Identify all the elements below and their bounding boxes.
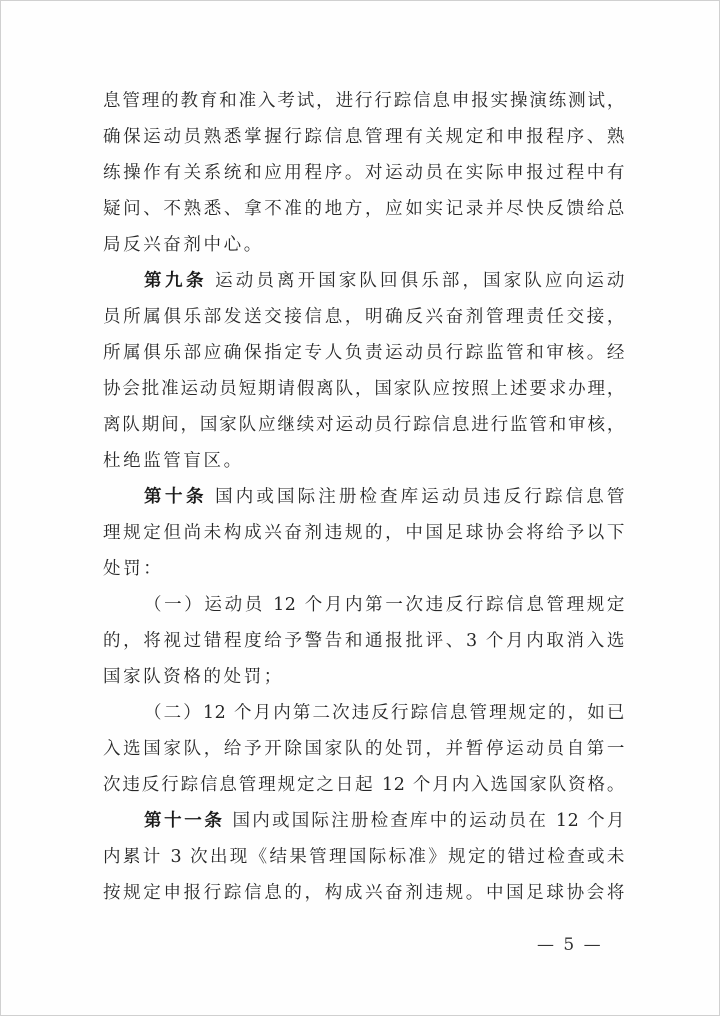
article-9-label: 第九条 [144,271,207,291]
text-line: 离队期间，国家队应继续对运动员行踪信息进行监管和审核， [103,407,625,443]
article-10-text: 国内或国际注册检查库运动员违反行踪信息管 [215,487,625,507]
page-number: — 5 — [537,935,603,955]
text-line: 协会批准运动员短期请假离队，国家队应按照上述要求办理， [103,371,625,407]
document-body: 息管理的教育和准入考试，进行行踪信息申报实操演练测试， 确保运动员熟悉掌握行踪信… [103,83,625,911]
article-11-text: 国内或国际注册检查库中的运动员在 12 个月 [233,811,626,831]
article-10-label: 第十条 [144,487,207,507]
article-9-first-line: 第九条运动员离开国家队回俱乐部，国家队应向运动 [103,263,625,299]
text-line: 入选国家队，给予开除国家队的处罚，并暂停运动员自第一 [103,731,625,767]
text-line: 理规定但尚未构成兴奋剂违规的，中国足球协会将给予以下 [103,515,625,551]
text-line: 次违反行踪信息管理规定之日起 12 个月内入选国家队资格。 [103,767,625,803]
article-10-item-2: （二）12 个月内第二次违反行踪信息管理规定的，如已 [103,695,625,731]
article-10-first-line: 第十条国内或国际注册检查库运动员违反行踪信息管 [103,479,625,515]
article-11-first-line: 第十一条国内或国际注册检查库中的运动员在 12 个月 [103,803,625,839]
text-line: 处罚： [103,551,625,587]
text-line: 息管理的教育和准入考试，进行行踪信息申报实操演练测试， [103,83,625,119]
article-10-item-1: （一）运动员 12 个月内第一次违反行踪信息管理规定 [103,587,625,623]
text-line: 的，将视过错程度给予警告和通报批评、3 个月内取消入选 [103,623,625,659]
text-line: 局反兴奋剂中心。 [103,227,625,263]
article-9-text: 运动员离开国家队回俱乐部，国家队应向运动 [215,271,625,291]
document-page: 息管理的教育和准入考试，进行行踪信息申报实操演练测试， 确保运动员熟悉掌握行踪信… [0,0,720,1016]
article-11-label: 第十一条 [144,811,225,831]
text-line: 内累计 3 次出现《结果管理国际标准》规定的错过检查或未 [103,839,625,875]
text-line: 练操作有关系统和应用程序。对运动员在实际申报过程中有 [103,155,625,191]
text-line: 按规定申报行踪信息的，构成兴奋剂违规。中国足球协会将 [103,875,625,911]
text-line: 所属俱乐部应确保指定专人负责运动员行踪监管和审核。经 [103,335,625,371]
text-line: 国家队资格的处罚； [103,659,625,695]
text-line: 疑问、不熟悉、拿不准的地方，应如实记录并尽快反馈给总 [103,191,625,227]
text-line: 确保运动员熟悉掌握行踪信息管理有关规定和申报程序、熟 [103,119,625,155]
text-line: 杜绝监管盲区。 [103,443,625,479]
text-line: 员所属俱乐部发送交接信息，明确反兴奋剂管理责任交接， [103,299,625,335]
